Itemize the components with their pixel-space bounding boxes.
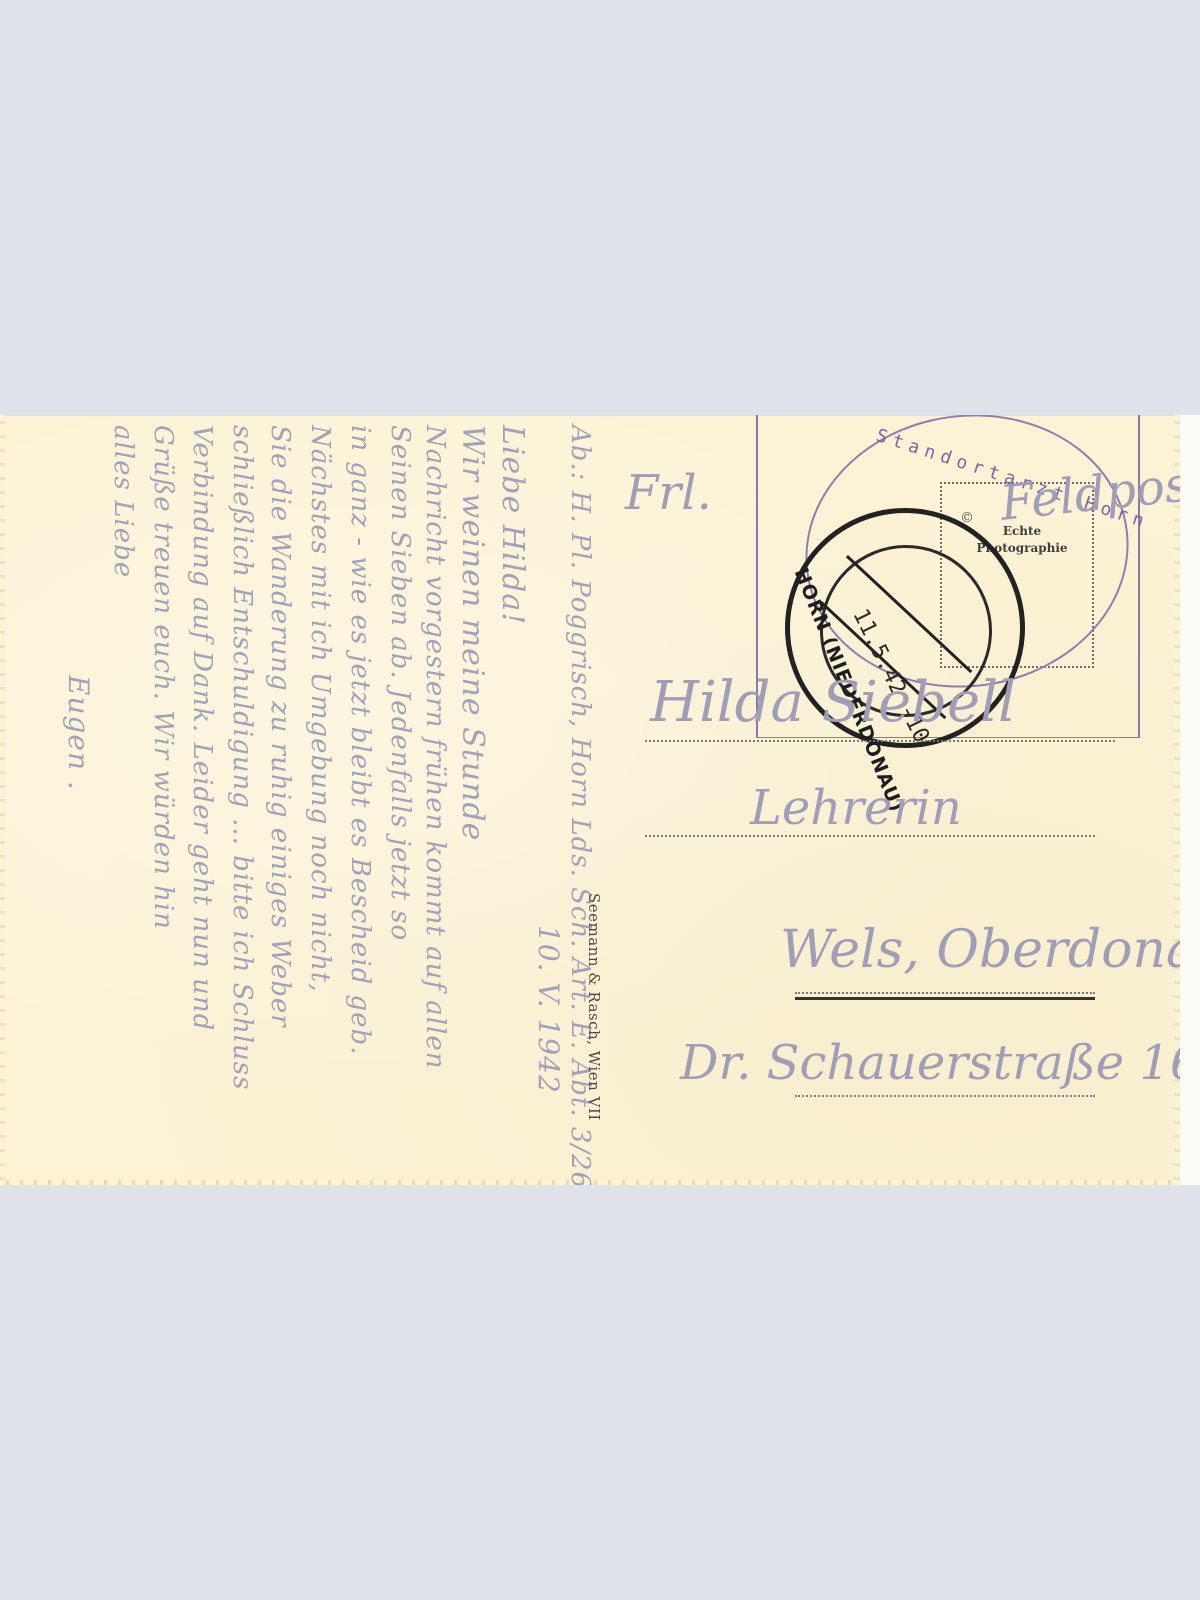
postcard-back: Ab.: H. Pl. Poggrisch, Horn Lds. Sch. Ar… — [0, 415, 1180, 1185]
deckled-edge-left — [0, 415, 5, 1185]
address-city: Wels, Oberdonau — [780, 920, 1180, 980]
message-line: schließlich Entschuldigung ... bitte ich… — [227, 425, 257, 1090]
message-line: Seinen Sieben ab. Jedenfalls jetzt so — [385, 425, 415, 941]
message-line: Sie die Wanderung zu ruhig einiges Weber — [265, 425, 295, 1028]
address-line-4 — [795, 1095, 1095, 1097]
message-date: 10. V. 1942 — [532, 925, 565, 1094]
address-line-2 — [645, 835, 1095, 837]
message-line: Nachricht vorgestern frühen kommt auf al… — [420, 425, 450, 1070]
address-city-underline — [795, 997, 1095, 1000]
message-line: Nächstes mit ich Umgebung noch nicht, — [305, 425, 335, 993]
address-street: Dr. Schauerstraße 16 — [680, 1035, 1180, 1091]
address-line-1 — [645, 740, 1115, 742]
address-occupation: Lehrerin — [750, 780, 962, 836]
salutation: Liebe Hilda! — [495, 425, 530, 625]
postcard-scan: Ab.: H. Pl. Poggrisch, Horn Lds. Sch. Ar… — [0, 415, 1200, 1185]
signature: Eugen . — [62, 675, 95, 791]
message-line: Wir weinen meine Stunde — [455, 425, 490, 841]
address-prefix: Frl. — [625, 465, 712, 521]
message-line: Grüße treuen euch. Wir würden hin — [148, 425, 178, 930]
handwritten-message: Ab.: H. Pl. Poggrisch, Horn Lds. Sch. Ar… — [20, 415, 610, 1185]
printer-imprint: Seemann & Rasch, Wien VII — [585, 893, 603, 1121]
message-line: alles Liebe — [108, 425, 138, 578]
address-name: Hilda Siebell — [650, 670, 1016, 735]
message-line: Verbindung auf Dank. Leider geht nun und — [187, 425, 217, 1031]
message-line: in ganz - wie es jetzt bleibt es Beschei… — [345, 425, 375, 1055]
address-line-3 — [795, 992, 1095, 994]
